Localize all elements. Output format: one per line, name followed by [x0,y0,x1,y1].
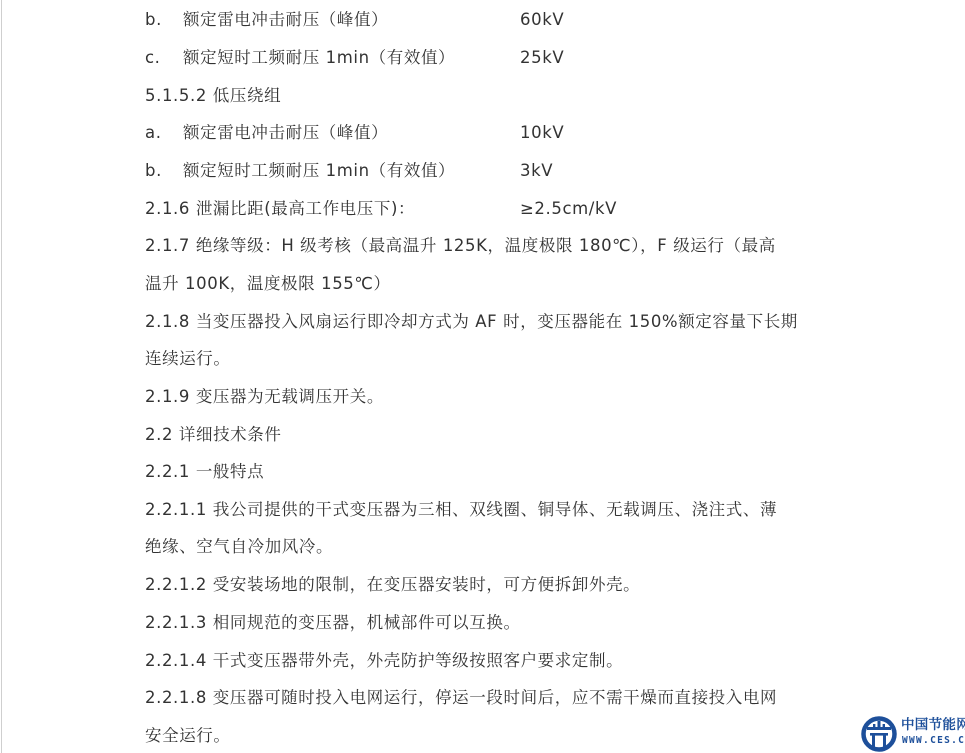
paragraph-line: 2.1.7 绝缘等级：H 级考核（最高温升 125K，温度极限 180℃），F … [145,233,776,259]
watermark-logo: 中国节能网 WWW.CES.CN [861,714,965,753]
paragraph-text: 连续运行。 [145,349,231,368]
section-heading-text: 2.2 详细技术条件 [145,425,282,444]
spec-line-creepage-distance: 2.1.6 泄漏比距(最高工作电压下)： ≥2.5cm/kV [145,196,415,222]
spec-value: ≥2.5cm/kV [520,196,617,222]
spec-value: 3kV [520,158,553,184]
paragraph-line: 2.1.9 变压器为无载调压开关。 [145,384,384,410]
list-marker: a. [145,120,183,146]
paragraph-line: 绝缘、空气自冷加风冷。 [145,534,333,560]
spec-line-hv-power-frequency: c.额定短时工频耐压 1min（有效值） 25kV [145,45,455,71]
paragraph-text: 2.1.7 绝缘等级：H 级考核（最高温升 125K，温度极限 180℃），F … [145,236,776,255]
spec-line-lv-power-frequency: b.额定短时工频耐压 1min（有效值） 3kV [145,158,455,184]
paragraph-line: 2.2.1.1 我公司提供的干式变压器为三相、双线圈、铜导体、无载调压、浇注式、… [145,497,777,523]
spec-line-hv-lightning-impulse: b.额定雷电冲击耐压（峰值） 60kV [145,7,388,33]
paragraph-line: 2.2.1.3 相同规范的变压器，机械部件可以互换。 [145,610,521,636]
spec-label: 额定雷电冲击耐压（峰值） [183,123,388,142]
ces-logo-icon [861,716,897,752]
paragraph-line: 2.2.1.4 干式变压器带外壳，外壳防护等级按照客户要求定制。 [145,648,623,674]
section-heading-general-features: 2.2.1 一般特点 [145,459,264,485]
spec-label: 额定短时工频耐压 1min（有效值） [183,161,455,180]
section-heading-lv-winding: 5.1.5.2 低压绕组 [145,83,281,109]
watermark-url: WWW.CES.CN [902,735,965,747]
paragraph-text: 2.2.1.8 变压器可随时投入电网运行，停运一段时间后，应不需干燥而直接投入电… [145,688,777,707]
paragraph-text: 2.2.1.2 受安装场地的限制，在变压器安装时，可方便拆卸外壳。 [145,575,640,594]
paragraph-text: 2.2.1.4 干式变压器带外壳，外壳防护等级按照客户要求定制。 [145,651,623,670]
paragraph-line: 温升 100K，温度极限 155℃） [145,271,391,297]
spec-label: 2.1.6 泄漏比距(最高工作电压下)： [145,199,415,218]
paragraph-line: 连续运行。 [145,346,231,372]
paragraph-line: 安全运行。 [145,723,231,749]
paragraph-line: 2.1.8 当变压器投入风扇运行即冷却方式为 AF 时，变压器能在 150%额定… [145,309,798,335]
document-body: b.额定雷电冲击耐压（峰值） 60kV c.额定短时工频耐压 1min（有效值）… [0,0,965,753]
paragraph-text: 2.1.9 变压器为无载调压开关。 [145,387,384,406]
list-marker: c. [145,45,183,71]
spec-label: 额定短时工频耐压 1min（有效值） [183,48,455,67]
section-heading-text: 2.2.1 一般特点 [145,462,264,481]
paragraph-text: 2.2.1.1 我公司提供的干式变压器为三相、双线圈、铜导体、无载调压、浇注式、… [145,500,777,519]
paragraph-text: 温升 100K，温度极限 155℃） [145,274,391,293]
spec-value: 60kV [520,7,564,33]
watermark-title: 中国节能网 [901,717,965,733]
section-heading-detailed-conditions: 2.2 详细技术条件 [145,422,282,448]
paragraph-line: 2.2.1.2 受安装场地的限制，在变压器安装时，可方便拆卸外壳。 [145,572,640,598]
section-heading-text: 5.1.5.2 低压绕组 [145,86,281,105]
paragraph-text: 安全运行。 [145,726,231,745]
spec-value: 10kV [520,120,564,146]
paragraph-line: 2.2.1.8 变压器可随时投入电网运行，停运一段时间后，应不需干燥而直接投入电… [145,685,777,711]
paragraph-text: 2.2.1.3 相同规范的变压器，机械部件可以互换。 [145,613,521,632]
spec-line-lv-lightning-impulse: a.额定雷电冲击耐压（峰值） 10kV [145,120,388,146]
paragraph-text: 绝缘、空气自冷加风冷。 [145,537,333,556]
list-marker: b. [145,7,183,33]
spec-label: 额定雷电冲击耐压（峰值） [183,10,388,29]
paragraph-text: 2.1.8 当变压器投入风扇运行即冷却方式为 AF 时，变压器能在 150%额定… [145,312,798,331]
spec-value: 25kV [520,45,564,71]
list-marker: b. [145,158,183,184]
